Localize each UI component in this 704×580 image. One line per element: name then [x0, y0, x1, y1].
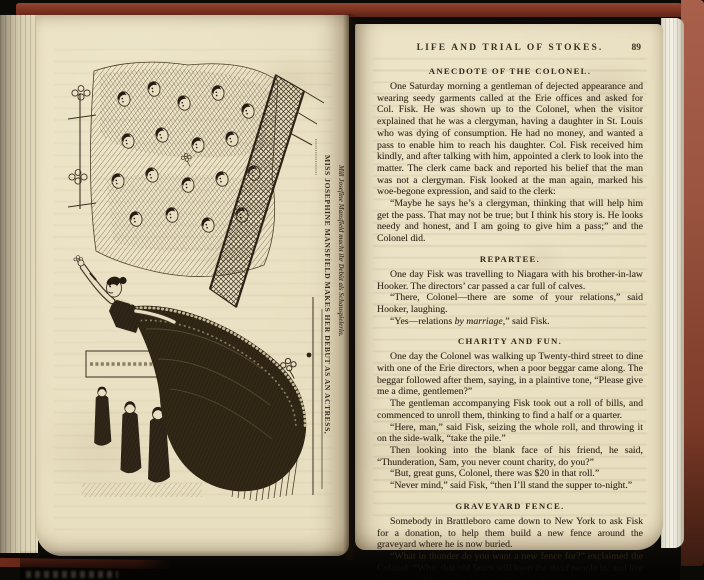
book-gutter-shadow — [343, 14, 357, 560]
bottom-shadow — [20, 550, 680, 580]
text-block: LIFE AND TRIAL OF STOKES. 89 ANECDOTE OF… — [355, 24, 663, 580]
paragraph: “Maybe he says he’s a clergyman, thinkin… — [377, 198, 643, 245]
paragraph: One day the Colonel was walking up Twent… — [377, 351, 643, 398]
photo-background: MISS JOSEPHINE MANSFIELD MAKES HER DEBUT… — [0, 0, 704, 580]
stage-engraving — [66, 59, 331, 529]
book-cover-right — [681, 0, 704, 566]
section-heading-graveyard: GRAVEYARD FENCE. — [377, 501, 643, 511]
paragraph: One Saturday morning a gentleman of deje… — [377, 81, 643, 198]
paragraph: One day Fisk was travelling to Niagara w… — [377, 269, 643, 292]
paragraph: “But, great guns, Colonel, there was $20… — [377, 468, 643, 480]
quote-text: “Yes—relations — [390, 316, 455, 327]
page-header: LIFE AND TRIAL OF STOKES. 89 — [377, 43, 643, 57]
paragraph: Then looking into the blank face of his … — [377, 445, 643, 468]
paragraph: “Never mind,” said Fisk, “then I’ll stan… — [377, 480, 643, 492]
paragraph: The gentleman accompanying Fisk took out… — [377, 398, 643, 421]
left-page: MISS JOSEPHINE MANSFIELD MAKES HER DEBUT… — [36, 15, 349, 556]
quote-text: ,” said Fisk. — [503, 316, 550, 327]
paragraph: Somebody in Brattleboro came down to New… — [377, 516, 643, 551]
paragraph: “Here, man,” said Fisk, seizing the whol… — [377, 422, 643, 445]
page-number: 89 — [632, 43, 642, 53]
page-block-edges-right — [661, 18, 684, 548]
right-page: LIFE AND TRIAL OF STOKES. 89 ANECDOTE OF… — [355, 24, 663, 550]
paragraph: “Yes—relations by marriage,” said Fisk. — [377, 316, 643, 328]
section-heading-anecdote: ANECDOTE OF THE COLONEL. — [377, 66, 643, 76]
faint-photo-caption — [26, 571, 118, 578]
page-block-edges-left — [0, 15, 38, 553]
illustration-caption-english: MISS JOSEPHINE MANSFIELD MAKES HER DEBUT… — [323, 155, 332, 434]
section-heading-repartee: REPARTEE. — [377, 254, 643, 264]
emphasized-text: by marriage — [455, 316, 503, 327]
paragraph: “There, Colonel—there are some of your r… — [377, 292, 643, 315]
section-heading-charity: CHARITY AND FUN. — [377, 336, 643, 346]
running-title: LIFE AND TRIAL OF STOKES. — [377, 43, 643, 53]
actress-figure — [78, 260, 306, 491]
